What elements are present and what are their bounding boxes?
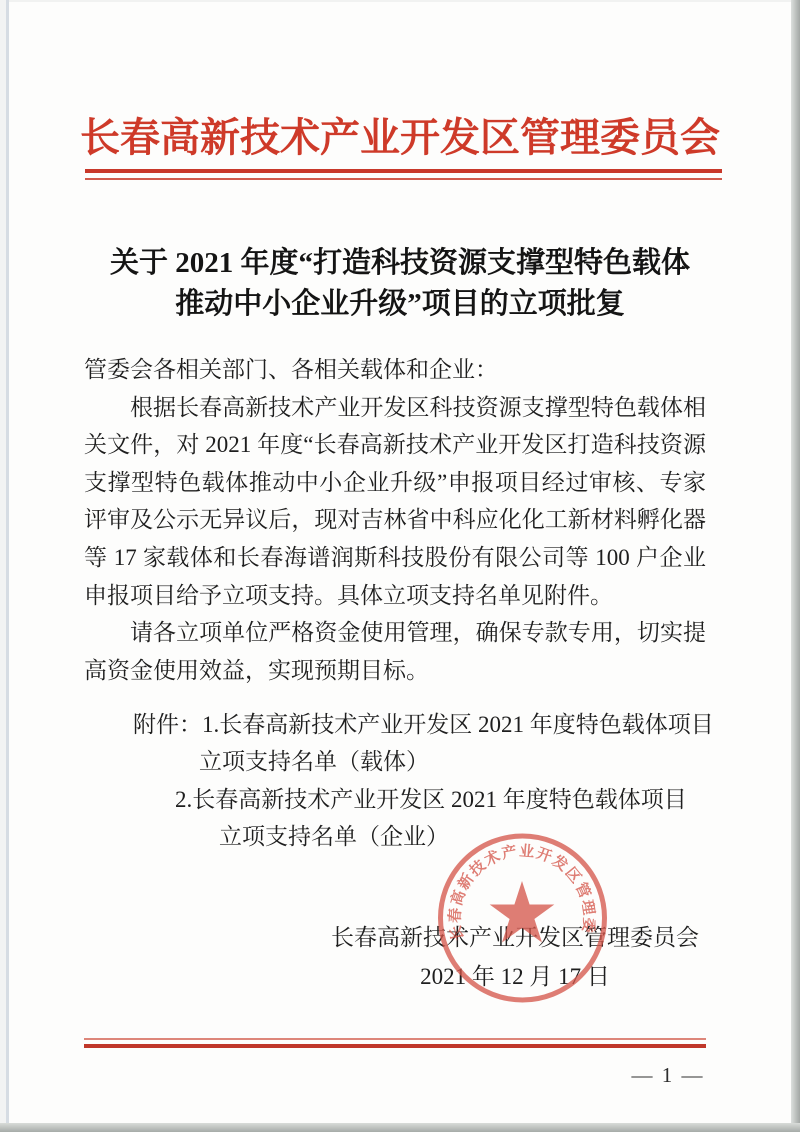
- header-rule-thick: [85, 169, 722, 173]
- attachment-item-2-line1: 2.长春高新技术产业开发区 2021 年度特色载体项目: [133, 781, 723, 818]
- seal-star-icon: [490, 881, 555, 943]
- footer-rule-thick: [84, 1044, 706, 1048]
- scan-edge-left-line: [6, 0, 9, 1132]
- document-body: 管委会各相关部门、各相关载体和企业： 根据长春高新技术产业开发区科技资源支撑型特…: [84, 351, 706, 689]
- attachments-list: 附件：1.长春高新技术产业开发区 2021 年度特色载体项目 立项支持名单（载体…: [133, 706, 723, 856]
- header-rule-thin: [85, 178, 722, 180]
- scan-edge-top: [0, 0, 800, 2]
- footer-rule-thin: [84, 1038, 706, 1040]
- official-seal-stamp: 长春高新技术产业开发区管理委员会: [434, 830, 611, 1007]
- scanned-official-document: 长春高新技术产业开发区管理委员会 关于 2021 年度“打造科技资源支撑型特色载…: [0, 0, 800, 1132]
- document-title: 关于 2021 年度“打造科技资源支撑型特色载体 推动中小企业升级”项目的立项批…: [0, 243, 800, 325]
- page-number: — 1 —: [618, 1063, 718, 1088]
- document-title-line1: 关于 2021 年度“打造科技资源支撑型特色载体: [0, 243, 800, 284]
- attachment-item-1-line2: 立项支持名单（载体）: [133, 743, 723, 780]
- body-paragraph-1: 根据长春高新技术产业开发区科技资源支撑型特色载体相关文件，对 2021 年度“长…: [84, 389, 706, 615]
- document-header-issuer: 长春高新技术产业开发区管理委员会: [0, 112, 800, 164]
- body-paragraph-2: 请各立项单位严格资金使用管理，确保专款专用，切实提高资金使用效益，实现预期目标。: [84, 614, 706, 689]
- attachment-item-1-line1: 附件：1.长春高新技术产业开发区 2021 年度特色载体项目: [133, 706, 723, 743]
- document-title-line2: 推动中小企业升级”项目的立项批复: [0, 284, 800, 325]
- salutation: 管委会各相关部门、各相关载体和企业：: [84, 351, 706, 389]
- attachment-item-2-line2: 立项支持名单（企业）: [133, 818, 723, 855]
- scan-edge-right: [791, 0, 800, 1132]
- scan-edge-bottom: [0, 1123, 800, 1132]
- attachments-label: 附件：: [133, 712, 202, 737]
